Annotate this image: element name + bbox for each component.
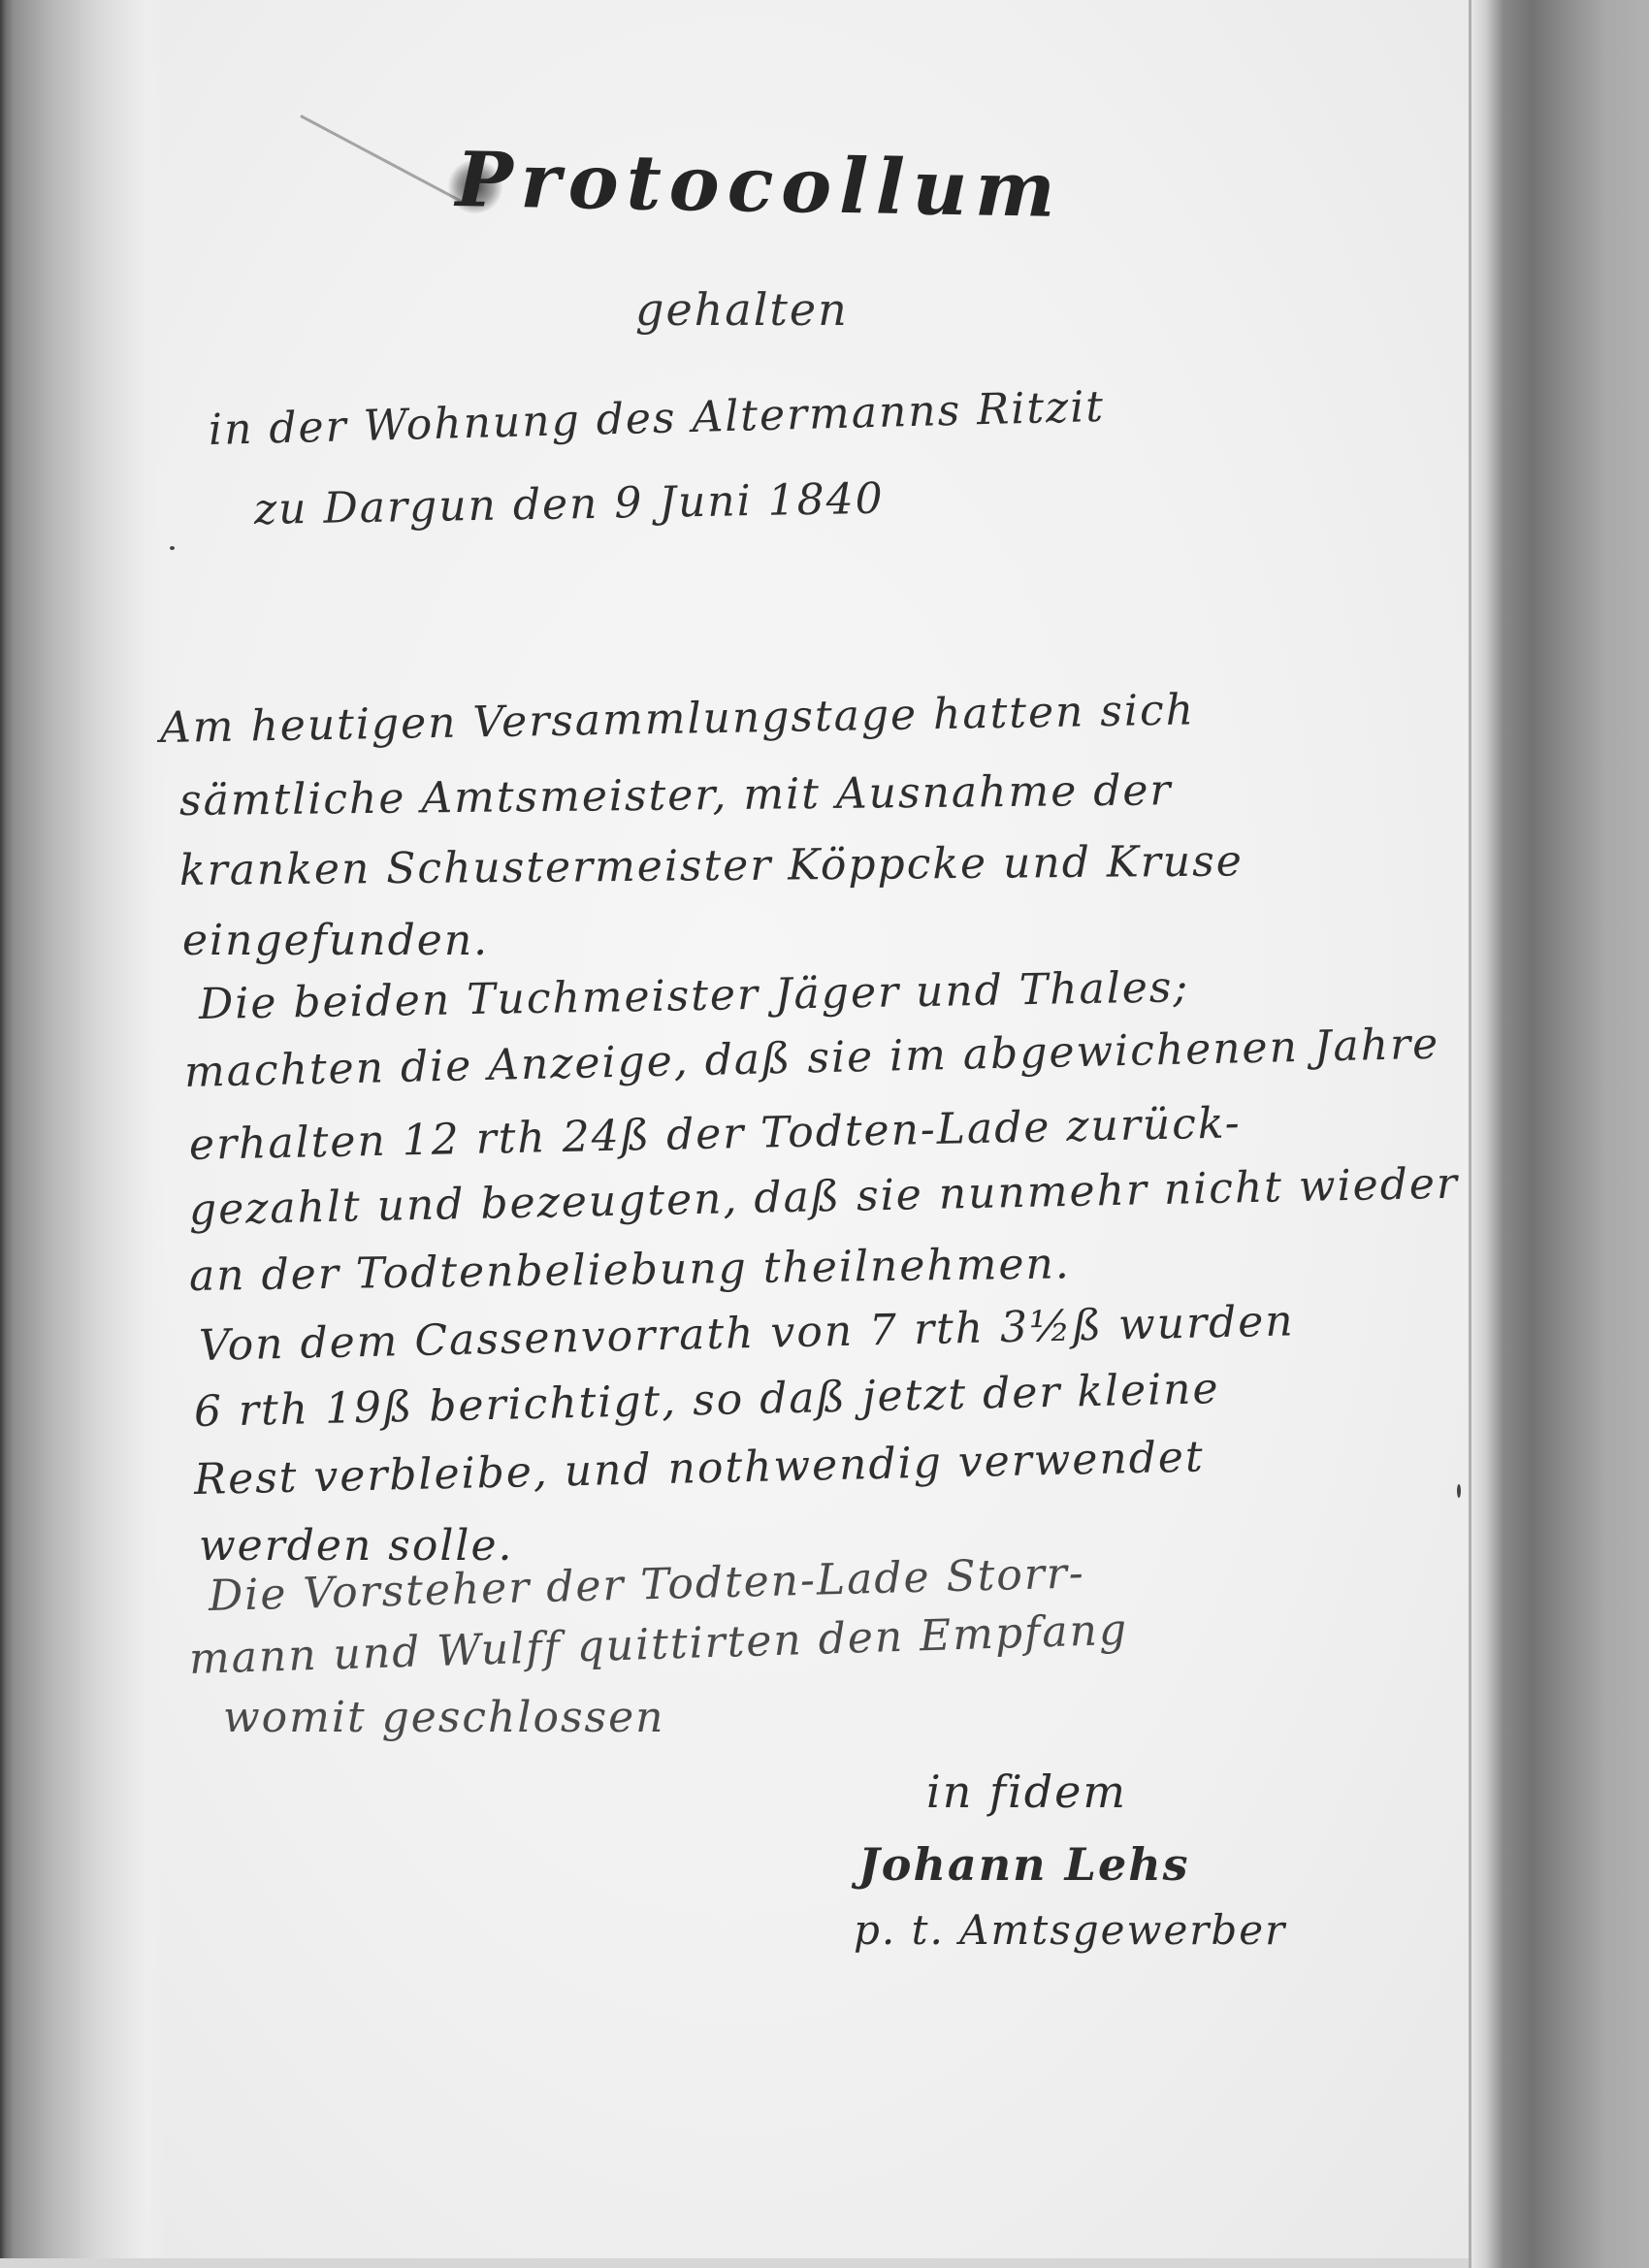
document-subtitle: gehalten — [635, 283, 849, 336]
signature-name: Johann Lehs — [858, 1838, 1190, 1891]
paper-speck — [1457, 1484, 1461, 1498]
body-line: eingefunden. — [182, 916, 489, 965]
document-title: Protocollum — [455, 136, 1063, 235]
body-line: werden solle. — [199, 1521, 514, 1571]
body-line: sämtliche Amtsmeister, mit Ausnahme der — [179, 765, 1173, 826]
closing-formula: in fidem — [926, 1766, 1127, 1818]
scanned-document: Protocollum gehalten in der Wohnung des … — [0, 0, 1649, 2268]
signature-role: p. t. Amtsgewerber — [854, 1906, 1286, 1954]
page-bottom-edge — [0, 2258, 1471, 2268]
body-line: kranken Schustermeister Köppcke und Krus… — [179, 836, 1244, 895]
page-edge-strip — [1471, 0, 1503, 2268]
paper-speck — [170, 546, 175, 550]
right-binding-shadow — [1503, 0, 1649, 2268]
left-binding-shadow — [0, 0, 165, 2268]
body-line: womit geschlossen — [223, 1693, 664, 1742]
